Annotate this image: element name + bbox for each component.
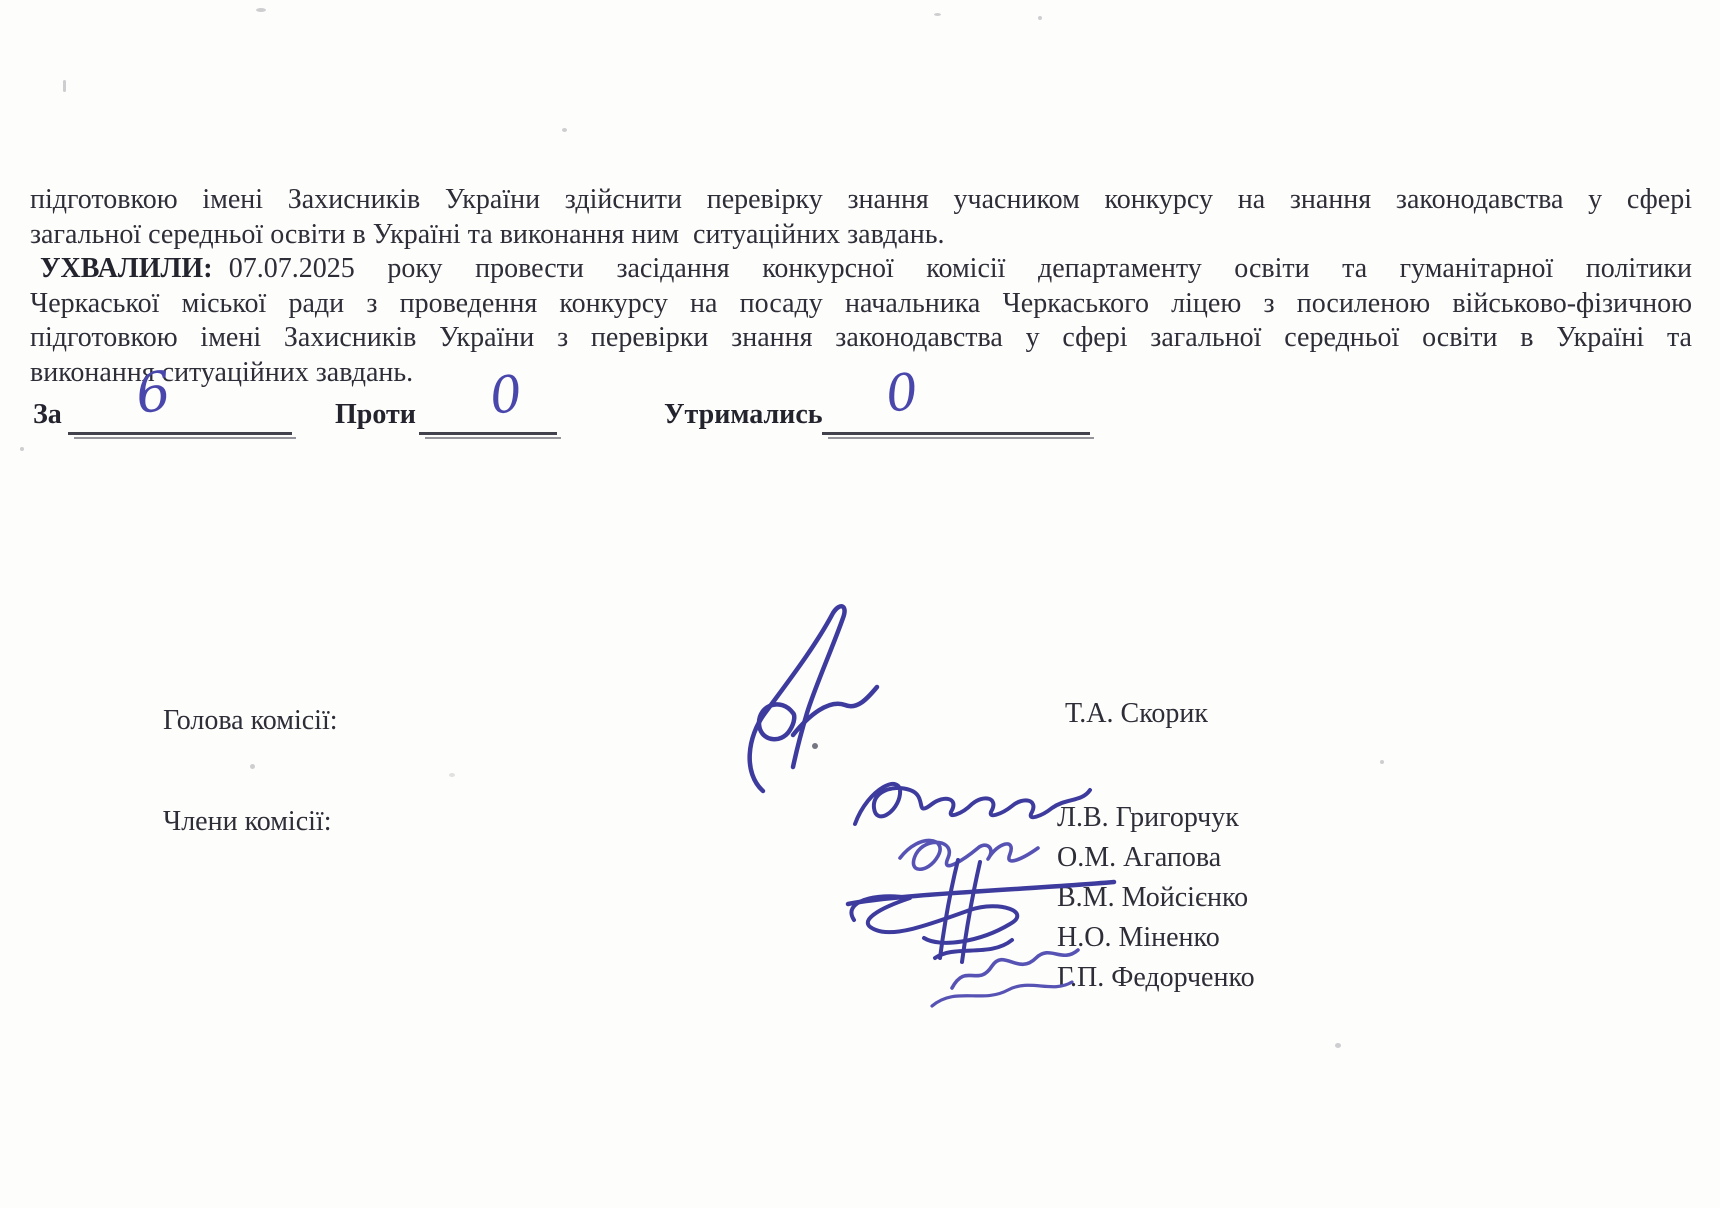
vote-for-blank — [68, 392, 292, 435]
resolution-heading: УХВАЛИЛИ: — [40, 253, 213, 284]
scanned-document-page: підготовкою імені Захисників України зді… — [0, 0, 1720, 1208]
vote-abstained-handwritten-value: 0 — [883, 366, 921, 420]
vote-against-handwritten-value: 0 — [487, 368, 525, 422]
text-line: виконання ситуаційних завдань. — [30, 356, 1692, 391]
vote-for-label: За — [33, 398, 62, 432]
paragraph-continuation: підготовкою імені Захисників України зді… — [30, 183, 1692, 252]
scan-artifact — [63, 80, 66, 92]
text-line: підготовкою імені Захисників України з п… — [30, 321, 1692, 356]
scan-artifact — [1038, 16, 1042, 20]
vote-for-handwritten-value: 6 — [133, 364, 174, 422]
scan-artifact — [562, 128, 567, 132]
text-line: Черкаської міської ради з проведення кон… — [30, 287, 1692, 322]
text-line: підготовкою імені Захисників України зді… — [30, 183, 1692, 218]
vote-abstained-label: Утримались — [664, 398, 823, 432]
resolution-text: 07.07.2025 року провести засідання конку… — [229, 253, 1692, 284]
vote-against-blank — [419, 392, 557, 435]
ink-dot — [812, 743, 818, 749]
members-signature-ink — [840, 762, 1130, 1012]
resolution-paragraph: УХВАЛИЛИ: 07.07.2025 року провести засід… — [30, 252, 1692, 390]
scan-artifact — [449, 773, 455, 777]
scan-artifact — [256, 8, 266, 12]
scan-artifact — [20, 447, 24, 451]
text-line: загальної середньої освіти в Україні та … — [30, 218, 1692, 253]
members-label: Члени комісії: — [163, 806, 331, 838]
vote-tally-row: За 6 Проти 0 Утримались 0 — [0, 392, 1720, 454]
chair-label: Голова комісії: — [163, 705, 338, 737]
scan-artifact — [1380, 760, 1384, 764]
scan-artifact — [934, 13, 941, 16]
vote-against-label: Проти — [335, 398, 416, 432]
text-line: УХВАЛИЛИ: 07.07.2025 року провести засід… — [30, 252, 1692, 287]
vote-abstained-blank — [822, 392, 1090, 435]
scan-artifact — [1335, 1043, 1341, 1048]
scan-artifact — [250, 764, 255, 769]
chair-name: Т.А. Скорик — [1065, 698, 1208, 730]
